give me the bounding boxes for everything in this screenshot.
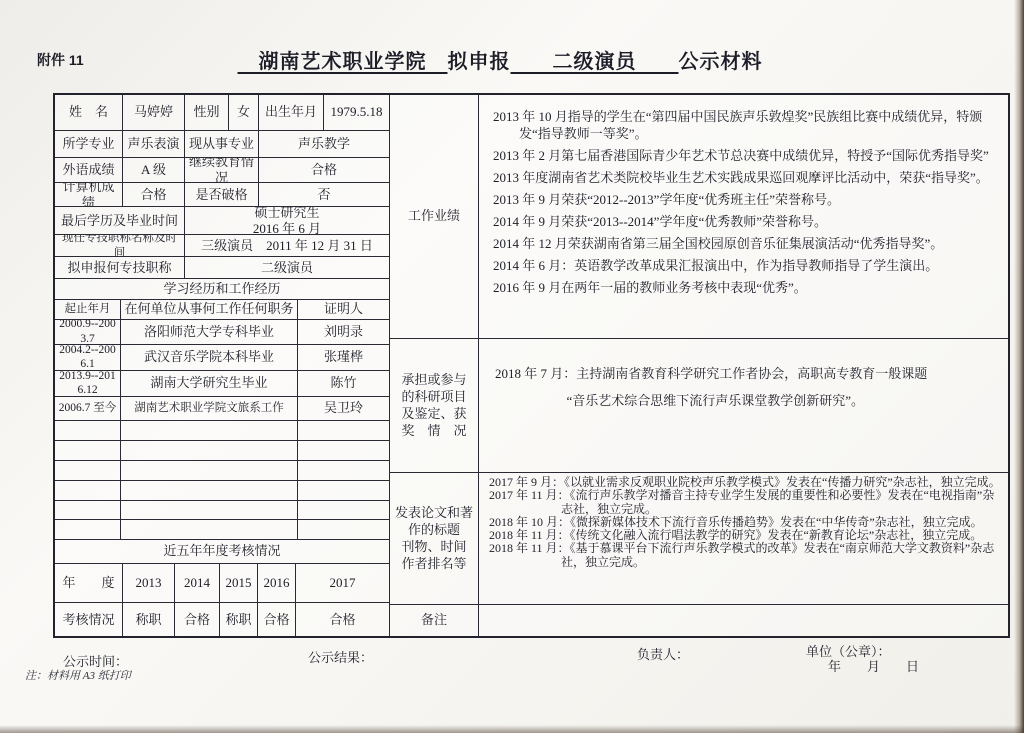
title-school-name: 湖南艺术职业学院 bbox=[238, 51, 448, 73]
performance-item: 2014 年 6 月：英语教学改革成果汇报演出中，作为指导教师指导了学生演出。 bbox=[493, 257, 998, 274]
empty-cell bbox=[298, 441, 389, 460]
birth-label: 出生年月 bbox=[259, 95, 324, 130]
empty-cell bbox=[55, 461, 121, 480]
empty-cell bbox=[298, 461, 389, 480]
major-value: 声乐表演 bbox=[123, 131, 185, 158]
foreign-lang-label: 外语成绩 bbox=[55, 158, 123, 182]
experience-period: 2000.9--2003.7 bbox=[55, 320, 121, 344]
remark-label: 备注 bbox=[390, 605, 478, 636]
empty-cell bbox=[298, 481, 389, 500]
experience-witness: 吴卫玲 bbox=[298, 397, 389, 421]
year-value: 2015 bbox=[220, 564, 258, 603]
research-projects-content: 2018 年 7 月：主持湖南省教育科学研究工作者协会，高职高专教育一般课题 “… bbox=[479, 339, 1008, 473]
row-applied-title: 拟申报何专技职称 二级演员 bbox=[55, 257, 389, 279]
row-current-title: 现任专技职称名称及时间 三级演员 2011 年 12 月 31 日 bbox=[55, 235, 389, 257]
empty-cell bbox=[121, 441, 298, 460]
section-label-column: 工作业绩 承担或参与 的科研项目 及鉴定、获 奖 情 况 发表论文和著 作的标题… bbox=[390, 95, 479, 636]
exception-value: 否 bbox=[259, 183, 389, 206]
row-major: 所学专业 声乐表演 现从事专业 声乐教学 bbox=[55, 131, 389, 159]
experience-witness: 刘明录 bbox=[298, 320, 389, 344]
row-last-degree: 最后学历及毕业时间 硕士研究生 2016 年 6 月 bbox=[55, 207, 389, 235]
experience-period: 2013.9--2016.12 bbox=[55, 371, 121, 396]
empty-cell bbox=[298, 421, 389, 440]
assessment-results-row: 考核情况 称职 合格 称职 合格 合格 bbox=[55, 603, 389, 636]
result-value: 合格 bbox=[175, 603, 220, 636]
experience-empty-row bbox=[55, 461, 389, 481]
year-value: 2016 bbox=[258, 564, 296, 603]
result-value: 称职 bbox=[123, 603, 175, 636]
work-header: 在何单位从事何工作任何职务 bbox=[121, 300, 298, 319]
research-projects-label: 承担或参与 的科研项目 及鉴定、获 奖 情 况 bbox=[390, 339, 478, 473]
gender-value: 女 bbox=[229, 95, 259, 130]
empty-cell bbox=[55, 421, 121, 440]
current-major-value: 声乐教学 bbox=[259, 131, 389, 158]
result-label: 考核情况 bbox=[55, 603, 123, 636]
remark-content bbox=[479, 605, 1008, 636]
performance-item: 2014 年 12 月荣获湖南省第三届全国校园原创音乐征集展演活动“优秀指导奖”… bbox=[493, 235, 998, 252]
experience-section-header-row: 学习经历和工作经历 bbox=[55, 279, 389, 300]
performance-item: 2013 年度湖南省艺术类院校毕业生艺术实践成果巡回观摩评比活动中，荣获“指导奖… bbox=[493, 169, 998, 186]
experience-row: 2004.2--2006.1 武汉音乐学院本科毕业 张瑾桦 bbox=[55, 345, 389, 371]
experience-period: 2004.2--2006.1 bbox=[55, 345, 121, 370]
applied-title-value: 二级演员 bbox=[185, 257, 389, 278]
empty-cell bbox=[55, 441, 121, 460]
personal-info-column: 姓 名 马婷婷 性别 女 出生年月 1979.5.18 所学专业 声乐表演 现从… bbox=[55, 95, 390, 636]
performance-item: 2014 年 9 月荣获“2013--2014”学年度“优秀教师”荣誉称号。 bbox=[493, 213, 998, 230]
work-performance-label: 工作业绩 bbox=[390, 95, 478, 339]
print-note: 注：材料用 A3 纸打印 bbox=[25, 667, 131, 683]
exception-label: 是否破格 bbox=[185, 183, 259, 206]
publication-item: 2017 年 11 月：《流行声乐教学对播音主持专业学生发展的重要性和必要性》发… bbox=[489, 489, 1002, 515]
performance-item: 2016 年 9 月在两年一届的教师业务考核中表现“优秀”。 bbox=[493, 279, 998, 296]
row-computer: 计算机成绩 合格 是否破格 否 bbox=[55, 183, 389, 207]
result-value: 称职 bbox=[220, 603, 258, 636]
experience-row: 2006.7 至今 湖南艺术职业学院文旅系工作 吴卫玲 bbox=[55, 397, 389, 422]
experience-empty-row bbox=[55, 501, 389, 521]
empty-cell bbox=[298, 501, 389, 520]
major-label: 所学专业 bbox=[55, 131, 123, 158]
current-title-label: 现任专技职称名称及时间 bbox=[55, 235, 185, 256]
scanned-form-page: 附件 11 湖南艺术职业学院 拟申报 二级演员 公示材料 姓 名 马婷婷 性别 … bbox=[0, 0, 1024, 733]
empty-cell bbox=[121, 520, 298, 539]
experience-row: 2013.9--2016.12 湖南大学研究生毕业 陈竹 bbox=[55, 371, 389, 397]
row-name-gender-birth: 姓 名 马婷婷 性别 女 出生年月 1979.5.18 bbox=[55, 95, 389, 131]
title-suffix-text: 公示材料 bbox=[679, 51, 763, 73]
work-performance-content: 2013 年 10 月指导的学生在“第四届中国民族声乐敦煌奖”民族组比赛中成绩优… bbox=[479, 95, 1008, 339]
scan-edge-shadow-right bbox=[1014, 0, 1024, 733]
responsible-person-label: 负责人： bbox=[637, 644, 689, 663]
date-blank-line: 年 月 日 bbox=[828, 656, 919, 675]
name-label: 姓 名 bbox=[55, 95, 123, 130]
year-value: 2017 bbox=[296, 564, 389, 603]
witness-header: 证明人 bbox=[298, 300, 389, 319]
experience-empty-row bbox=[55, 421, 389, 441]
experience-section-title: 学习经历和工作经历 bbox=[55, 279, 389, 299]
empty-cell bbox=[121, 461, 298, 480]
result-value: 合格 bbox=[258, 603, 296, 636]
empty-cell bbox=[55, 520, 121, 539]
content-column: 2013 年 10 月指导的学生在“第四届中国民族声乐敦煌奖”民族组比赛中成绩优… bbox=[479, 95, 1008, 636]
birth-value: 1979.5.18 bbox=[324, 95, 389, 130]
experience-row: 2000.9--2003.7 洛阳师范大学专科毕业 刘明录 bbox=[55, 320, 389, 345]
continuing-edu-label: 继续教育情况 bbox=[185, 158, 259, 182]
last-degree-value: 硕士研究生 2016 年 6 月 bbox=[185, 207, 389, 234]
experience-work: 洛阳师范大学专科毕业 bbox=[121, 320, 298, 344]
row-foreign-language: 外语成绩 A 级 继续教育情况 合格 bbox=[55, 158, 389, 183]
computer-value: 合格 bbox=[123, 183, 185, 206]
publication-item: 2018 年 11 月：《基于慕课平台下流行声乐教学模式的改革》发表在“南京师范… bbox=[489, 542, 1002, 568]
year-value: 2013 bbox=[123, 564, 175, 603]
current-title-value: 三级演员 2011 年 12 月 31 日 bbox=[185, 235, 389, 256]
scan-edge-shadow-bottom bbox=[0, 725, 1024, 733]
publications-label: 发表论文和著 作的标题 刊物、时间 作者排名等 bbox=[390, 473, 478, 605]
period-header: 起止年月 bbox=[55, 300, 121, 319]
result-value: 合格 bbox=[296, 603, 389, 636]
research-line: “音乐艺术综合思维下流行声乐课堂教学创新研究”。 bbox=[567, 392, 999, 409]
title-middle-text: 拟申报 bbox=[448, 51, 511, 73]
performance-item: 2013 年 10 月指导的学生在“第四届中国民族声乐敦煌奖”民族组比赛中成绩优… bbox=[493, 108, 998, 142]
experience-empty-row bbox=[55, 481, 389, 501]
title-position-name: 二级演员 bbox=[511, 51, 679, 73]
gender-label: 性别 bbox=[185, 95, 229, 130]
computer-label: 计算机成绩 bbox=[55, 183, 123, 206]
experience-work: 湖南大学研究生毕业 bbox=[121, 371, 298, 396]
current-major-label: 现从事专业 bbox=[185, 131, 259, 158]
experience-witness: 张瑾桦 bbox=[298, 345, 389, 370]
empty-cell bbox=[55, 481, 121, 500]
experience-work: 湖南艺术职业学院文旅系工作 bbox=[121, 397, 298, 421]
last-degree-label: 最后学历及毕业时间 bbox=[55, 207, 185, 234]
assessment-section-title: 近五年年度考核情况 bbox=[55, 540, 389, 563]
assessment-years-row: 年 度 2013 2014 2015 2016 2017 bbox=[55, 564, 389, 604]
publications-content: 2017 年 9 月：《以就业需求反观职业院校声乐教学模式》发表在“传播力研究”… bbox=[479, 473, 1008, 605]
performance-item: 2013 年 2 月第七届香港国际青少年艺术节总决赛中成绩优异，特授予“国际优秀… bbox=[493, 147, 998, 164]
document-title: 湖南艺术职业学院 拟申报 二级演员 公示材料 bbox=[0, 45, 1000, 74]
empty-cell bbox=[55, 501, 121, 520]
foreign-lang-value: A 级 bbox=[123, 158, 185, 182]
publicity-result-label: 公示结果： bbox=[308, 647, 373, 666]
experience-work: 武汉音乐学院本科毕业 bbox=[121, 345, 298, 370]
empty-cell bbox=[298, 520, 389, 539]
year-value: 2014 bbox=[175, 564, 220, 603]
experience-witness: 陈竹 bbox=[298, 371, 389, 396]
application-form-table: 姓 名 马婷婷 性别 女 出生年月 1979.5.18 所学专业 声乐表演 现从… bbox=[53, 93, 1010, 638]
experience-empty-row bbox=[55, 441, 389, 461]
empty-cell bbox=[121, 481, 298, 500]
year-label: 年 度 bbox=[55, 564, 123, 603]
experience-empty-row bbox=[55, 520, 389, 540]
empty-cell bbox=[121, 421, 298, 440]
experience-header-row: 起止年月 在何单位从事何工作任何职务 证明人 bbox=[55, 300, 389, 320]
continuing-edu-value: 合格 bbox=[259, 158, 389, 182]
name-value: 马婷婷 bbox=[123, 95, 185, 130]
applied-title-label: 拟申报何专技职称 bbox=[55, 257, 185, 278]
empty-cell bbox=[121, 501, 298, 520]
experience-period: 2006.7 至今 bbox=[55, 397, 121, 421]
performance-item: 2013 年 9 月荣获“2012--2013”学年度“优秀班主任”荣誉称号。 bbox=[493, 191, 998, 208]
research-line: 2018 年 7 月：主持湖南省教育科学研究工作者协会，高职高专教育一般课题 bbox=[495, 365, 998, 382]
assessment-header-row: 近五年年度考核情况 bbox=[55, 540, 389, 564]
